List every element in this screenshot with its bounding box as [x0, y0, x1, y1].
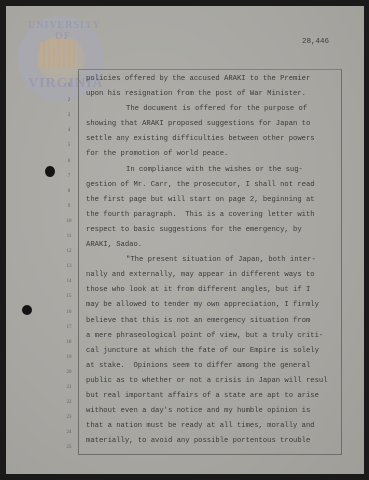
text-line: gestion of Mr. Carr, the prosecutor, I s… [86, 178, 346, 193]
text-line: but real important affairs of a state ar… [86, 389, 346, 404]
text-line: cal juncture at which the fate of our Em… [86, 344, 346, 359]
text-line: settle any existing difficulties between… [86, 132, 346, 147]
text-line: public as to whether or not a crisis in … [86, 374, 346, 389]
text-line: ARAKI, Sadao. [86, 238, 346, 253]
line-number: 11 [63, 234, 75, 239]
line-number: 8 [63, 189, 75, 194]
line-number: 14 [63, 279, 75, 284]
text-line: without even a day's notice and my humbl… [86, 404, 346, 419]
line-number: 24 [63, 430, 75, 435]
line-number: 25 [63, 445, 75, 450]
line-number: 7 [63, 174, 75, 179]
text-line: the first page but will start on page 2,… [86, 193, 346, 208]
text-line: those who look at it from different angl… [86, 283, 346, 298]
text-line: for the promotion of world peace. [86, 147, 346, 162]
punch-hole-top [45, 166, 55, 177]
line-number: 15 [63, 294, 75, 299]
text-line: nally and externally, may appear in diff… [86, 268, 346, 283]
text-line: upon his resignation from the post of Wa… [86, 87, 346, 102]
line-number: 1 [63, 83, 75, 88]
line-number: 20 [63, 370, 75, 375]
line-number: 9 [63, 204, 75, 209]
punch-hole-bottom [22, 305, 32, 315]
text-line: a mere phraseological point of view, but… [86, 329, 346, 344]
line-number: 6 [63, 159, 75, 164]
text-line: materially, to avoid any possible porten… [86, 434, 346, 449]
seal-top-text: UNIVERSITY OF [28, 20, 98, 42]
line-number: 23 [63, 415, 75, 420]
seal-building-icon [40, 42, 76, 68]
text-line: at stake. Opinions seem to differ among … [86, 359, 346, 374]
line-number: 10 [63, 219, 75, 224]
text-line: may be allowed to tender my own apprecia… [86, 298, 346, 313]
document-page: UNIVERSITY OF VIRGINIA 28,446 1234567891… [6, 6, 364, 474]
text-line: respect to basic suggestions for the eme… [86, 223, 346, 238]
line-number: 12 [63, 249, 75, 254]
line-number: 21 [63, 385, 75, 390]
line-number: 16 [63, 310, 75, 315]
text-line: In compliance with the wishes or the sug… [86, 163, 346, 178]
text-line: that a nation must be ready at all times… [86, 419, 346, 434]
line-number: 3 [63, 113, 75, 118]
transcript-body: policies offered by the accused ARAKI to… [86, 72, 346, 449]
page-number: 28,446 [302, 38, 329, 46]
text-line: "The present situation of Japan, both in… [86, 253, 346, 268]
line-number: 19 [63, 355, 75, 360]
text-line: showing that ARAKI proposed suggestions … [86, 117, 346, 132]
text-line: The document is offered for the purpose … [86, 102, 346, 117]
line-number: 17 [63, 325, 75, 330]
line-number: 18 [63, 340, 75, 345]
line-number: 13 [63, 264, 75, 269]
line-number: 4 [63, 128, 75, 133]
line-number: 5 [63, 143, 75, 148]
line-number: 22 [63, 400, 75, 405]
line-number: 2 [63, 98, 75, 103]
text-line: policies offered by the accused ARAKI to… [86, 72, 346, 87]
text-line: the fourth paragraph. This is a covering… [86, 208, 346, 223]
text-line: believe that this is not an emergency si… [86, 314, 346, 329]
